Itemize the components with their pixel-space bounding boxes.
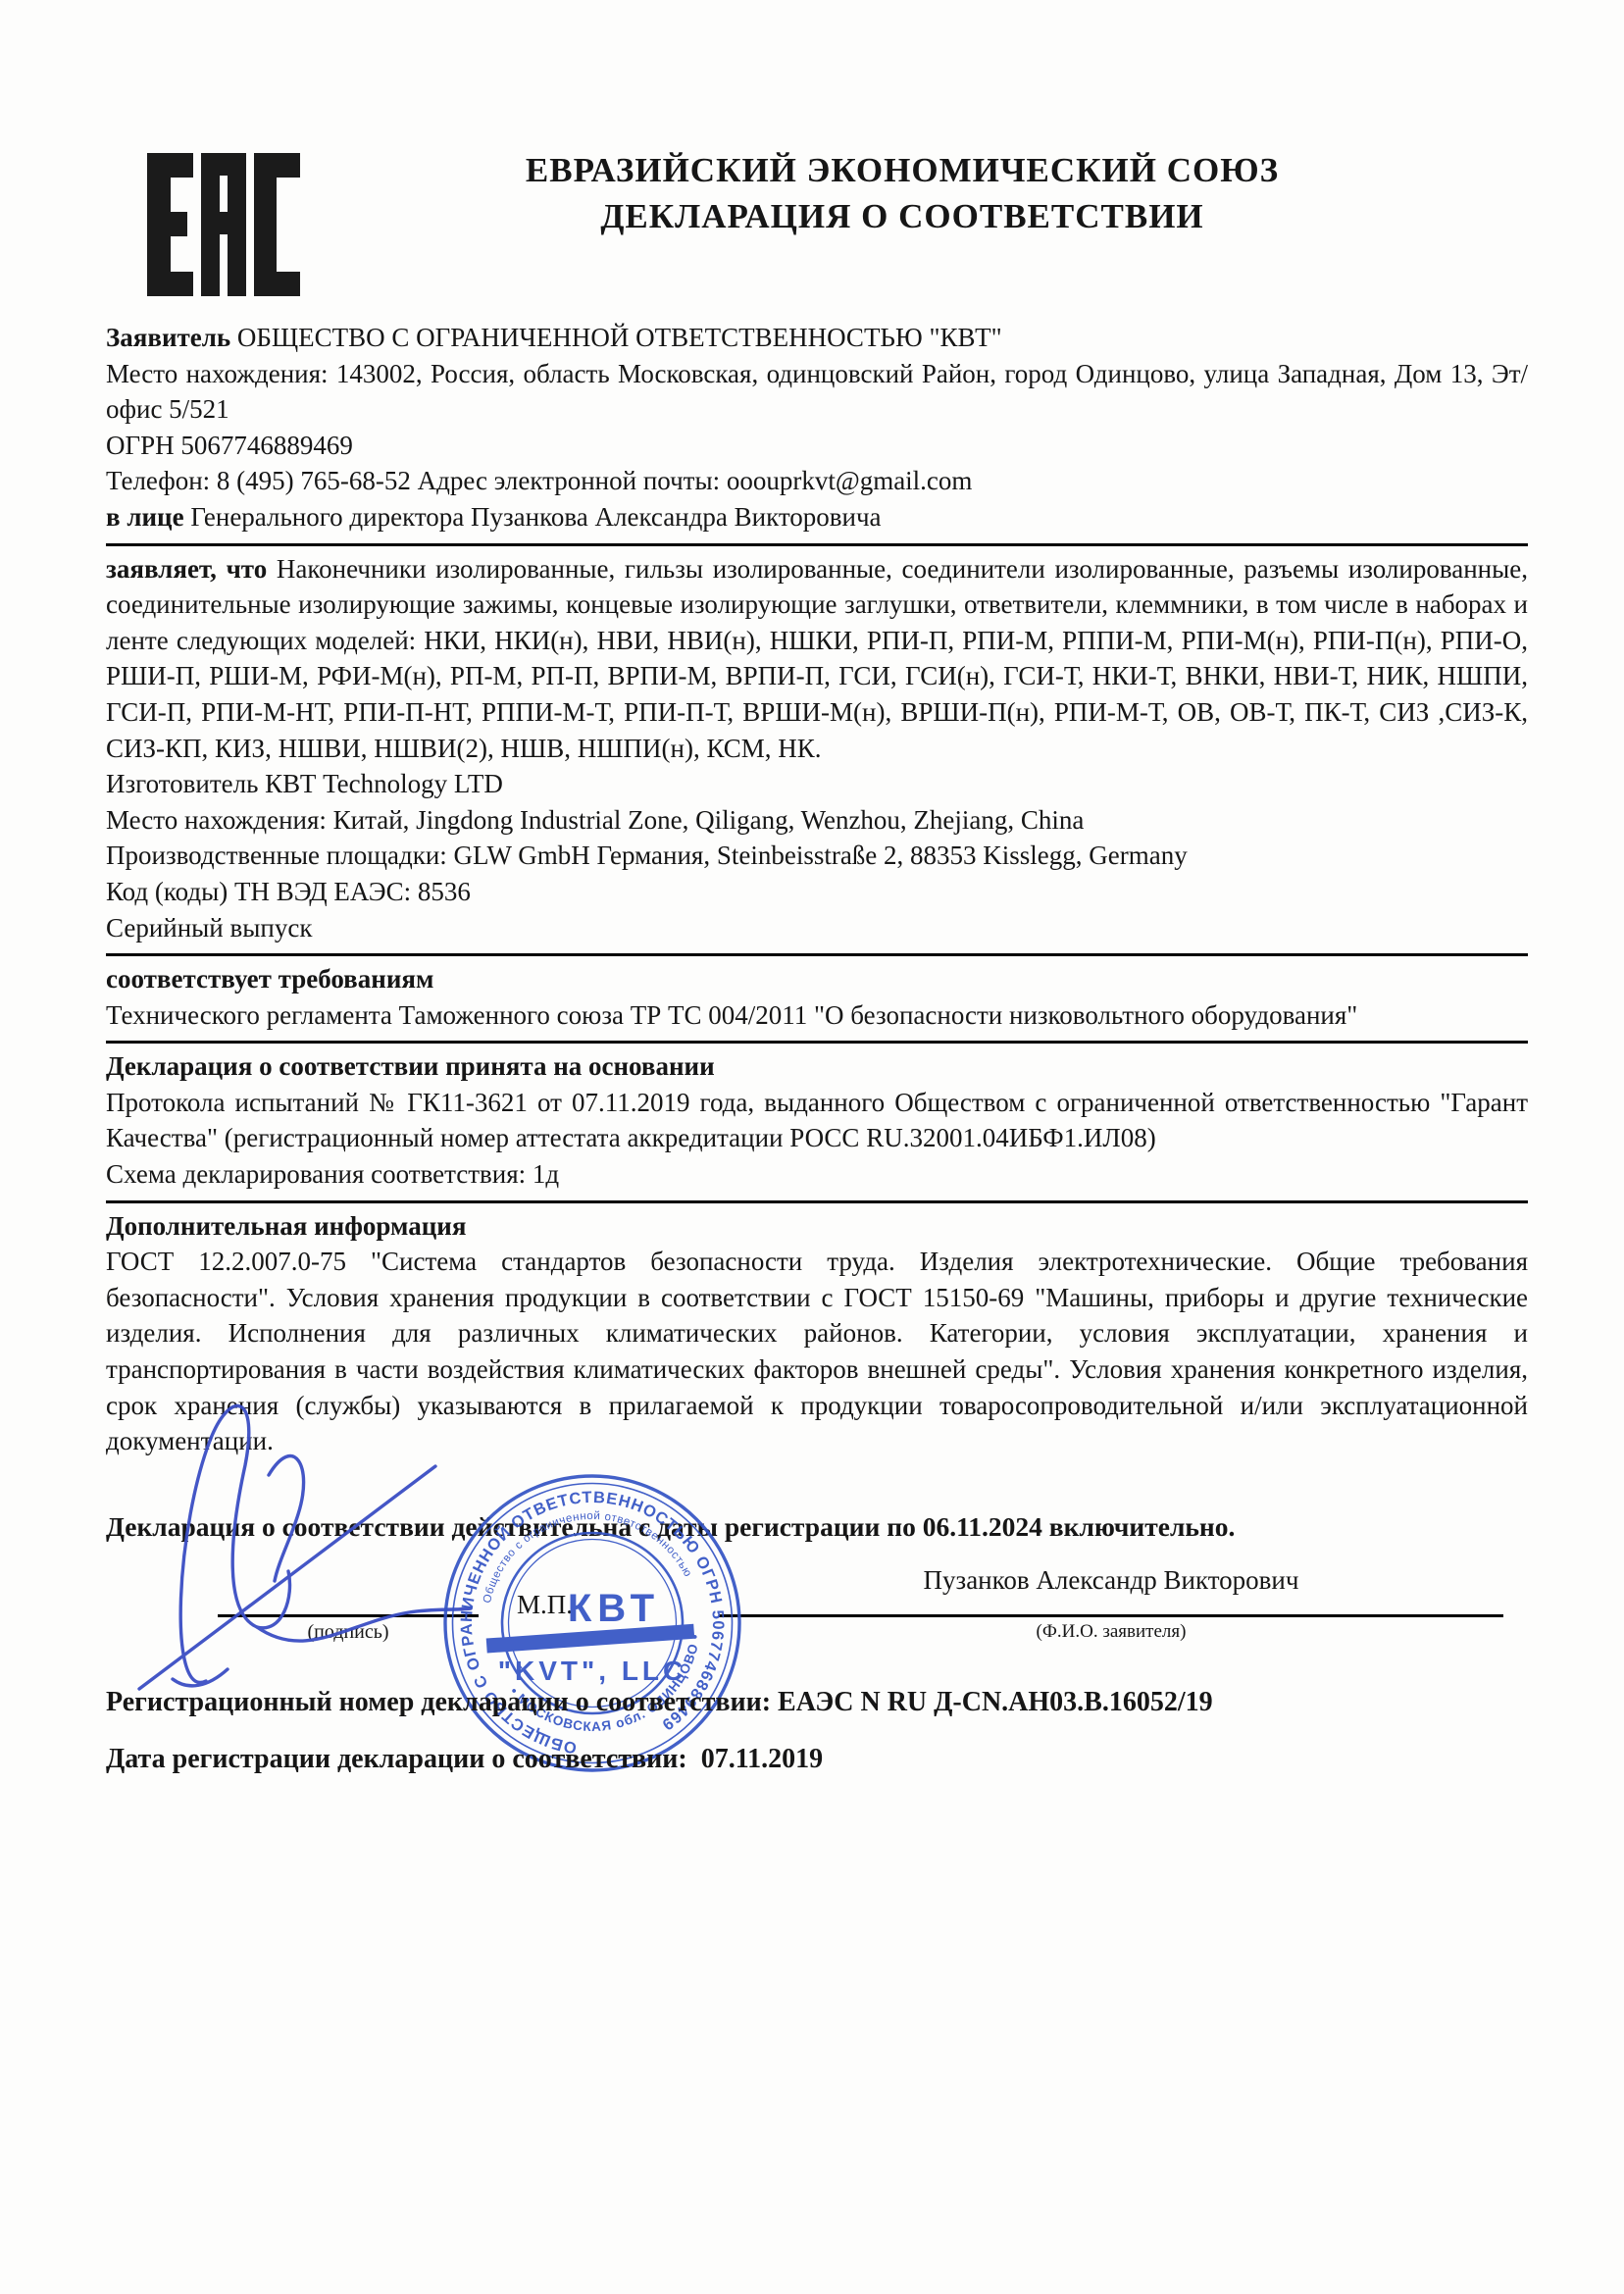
conformity-text: Технического регламента Таможенного союз…	[106, 997, 1528, 1034]
stamp-center-kvt-lat: "KVT", LLC	[498, 1656, 687, 1686]
applicant-address: Место нахождения: 143002, Россия, област…	[106, 356, 1528, 428]
manufacturer-line: Изготовитель КВТ Technology LTD	[106, 766, 1528, 802]
section-divider	[106, 543, 1528, 546]
eac-mark-icon	[147, 153, 300, 296]
section-divider	[106, 953, 1528, 956]
manufacturer-address: Место нахождения: Китай, Jingdong Indust…	[106, 802, 1528, 839]
scheme-line: Схема декларирования соответствия: 1д	[106, 1156, 1528, 1193]
in-person-line: в лице Генерального директора Пузанкова …	[106, 499, 1528, 535]
applicant-ogrn: ОГРН 5067746889469	[106, 428, 1528, 464]
declaration-document: ЕВРАЗИЙСКИЙ ЭКОНОМИЧЕСКИЙ СОЮЗ ДЕКЛАРАЦИ…	[0, 0, 1624, 2294]
in-person-value: Генерального директора Пузанкова Алексан…	[190, 502, 881, 532]
declares-paragraph: заявляет, что Наконечники изолированные,…	[106, 551, 1528, 767]
document-title: ДЕКЛАРАЦИЯ О СООТВЕТСТВИИ	[324, 193, 1481, 239]
declares-label: заявляет, что	[106, 554, 267, 584]
union-title: ЕВРАЗИЙСКИЙ ЭКОНОМИЧЕСКИЙ СОЮЗ	[324, 147, 1481, 193]
in-person-label: в лице	[106, 502, 184, 532]
basis-text: Протокола испытаний № ГК11-3621 от 07.11…	[106, 1085, 1528, 1156]
applicant-name: ОБЩЕСТВО С ОГРАНИЧЕННОЙ ОТВЕТСТВЕННОСТЬЮ…	[237, 323, 1002, 352]
applicant-label: Заявитель	[106, 323, 230, 352]
document-title-block: ЕВРАЗИЙСКИЙ ЭКОНОМИЧЕСКИЙ СОЮЗ ДЕКЛАРАЦИ…	[324, 147, 1481, 239]
product-list: Наконечники изолированные, гильзы изолир…	[106, 554, 1528, 763]
applicant-fio: Пузанков Александр Викторович	[719, 1565, 1503, 1596]
applicant-paragraph: Заявитель ОБЩЕСТВО С ОГРАНИЧЕННОЙ ОТВЕТС…	[106, 320, 1528, 356]
production-sites: Производственные площадки: GLW GmbH Герм…	[106, 838, 1528, 874]
company-stamp: ОБЩЕСТВО С ОГРАНИЧЕННОЙ ОТВЕТСТВЕННОСТЬЮ…	[435, 1466, 749, 1780]
applicant-contacts: Телефон: 8 (495) 765-68-52 Адрес электро…	[106, 463, 1528, 499]
registration-number-line: Регистрационный номер декларации о соотв…	[106, 1687, 1528, 1718]
section-divider	[106, 1041, 1528, 1044]
registration-date-line: Дата регистрации декларации о соответств…	[106, 1744, 1528, 1775]
fio-caption: (Ф.И.О. заявителя)	[719, 1621, 1503, 1643]
fio-line	[719, 1614, 1503, 1617]
stamp-center-kvt-cyr: КВТ	[568, 1587, 660, 1630]
document-body: Заявитель ОБЩЕСТВО С ОГРАНИЧЕННОЙ ОТВЕТС…	[106, 320, 1528, 1459]
issue-type: Серийный выпуск	[106, 910, 1528, 946]
conformity-label: соответствует требованиям	[106, 961, 1528, 997]
additional-label: Дополнительная информация	[106, 1208, 1528, 1245]
basis-label: Декларация о соответствии принята на осн…	[106, 1048, 1528, 1085]
tnved-code: Код (коды) ТН ВЭД ЕАЭС: 8536	[106, 874, 1528, 910]
section-divider	[106, 1200, 1528, 1203]
